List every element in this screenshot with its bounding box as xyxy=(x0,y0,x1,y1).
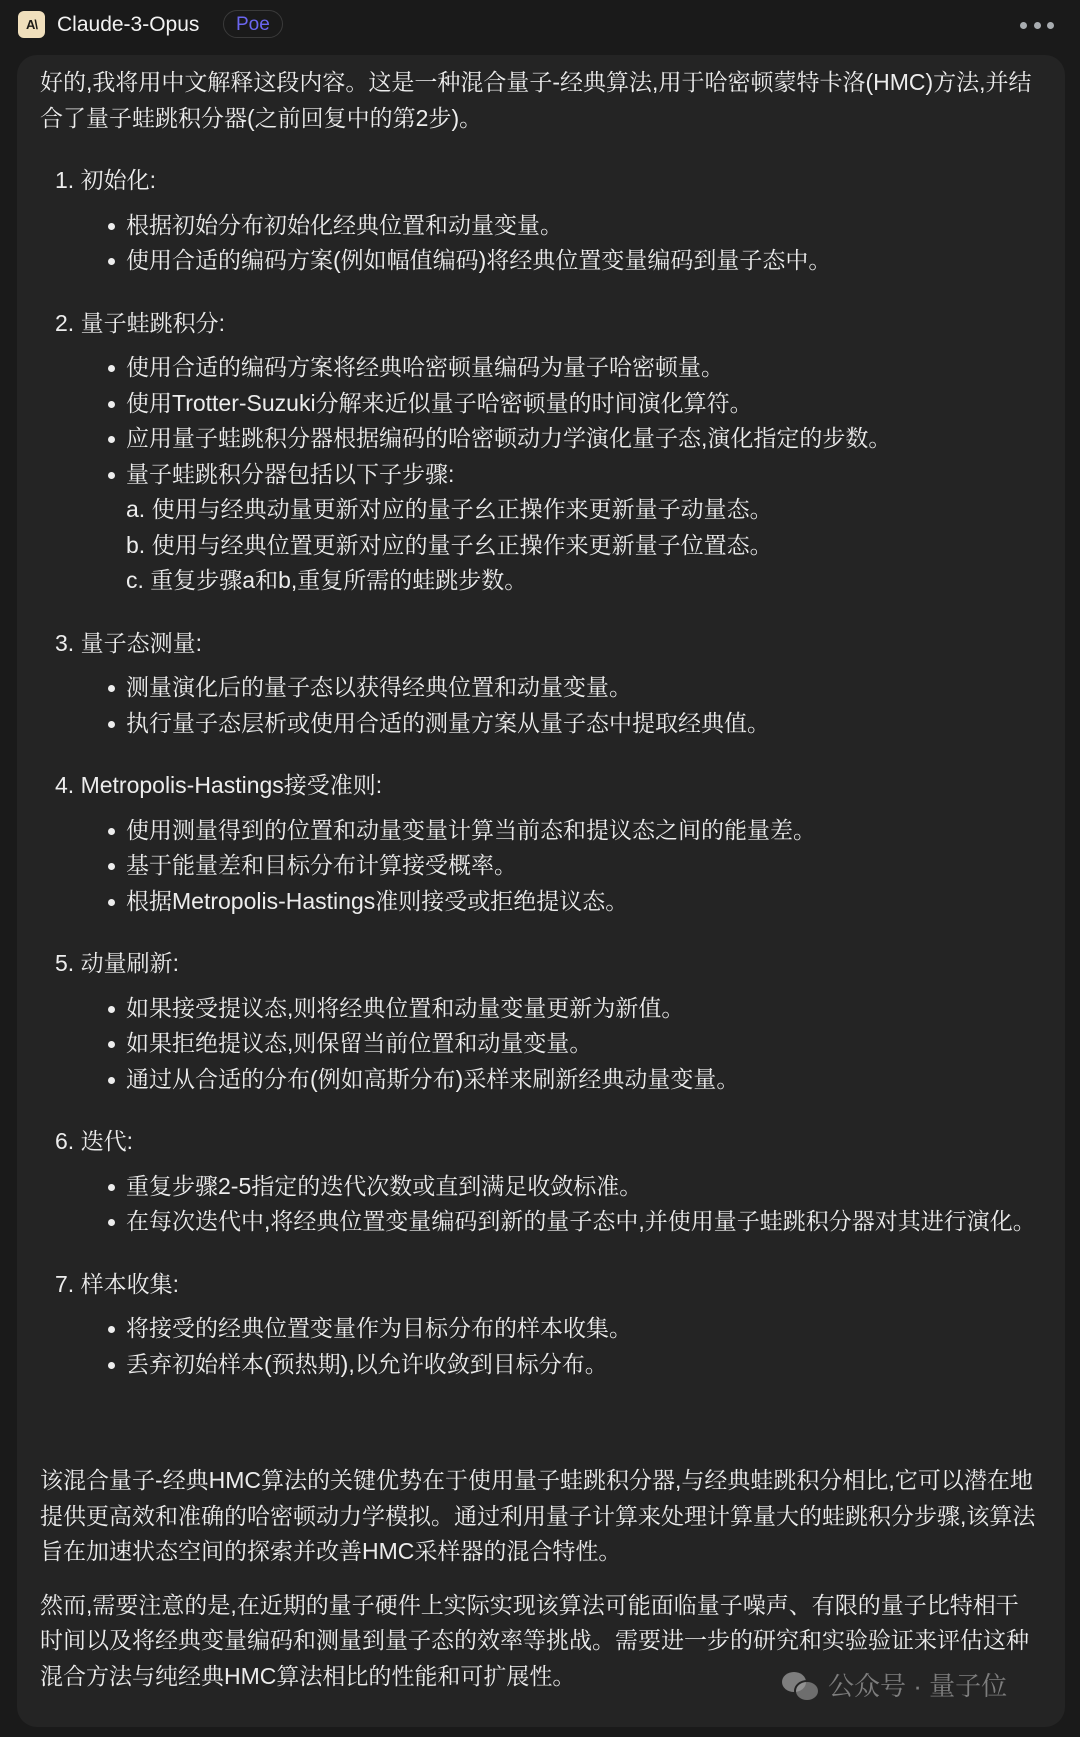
more-horizontal-icon xyxy=(1020,22,1027,29)
step-section: 1. 初始化:根据初始分布初始化经典位置和动量变量。使用合适的编码方案(例如幅值… xyxy=(40,163,1040,279)
list-item-text: 如果接受提议态,则将经典位置和动量变量更新为新值。 xyxy=(126,995,684,1021)
list-item-text: 丢弃初始样本(预热期),以允许收敛到目标分布。 xyxy=(126,1351,608,1377)
list-item: 量子蛙跳积分器包括以下子步骤: xyxy=(40,457,1040,493)
list-item-text: 使用测量得到的位置和动量变量计算当前态和提议态之间的能量差。 xyxy=(126,817,816,843)
bullet-icon xyxy=(108,472,115,479)
step-title: 4. Metropolis-Hastings接受准则: xyxy=(40,768,1040,804)
list-item-text: 执行量子态层析或使用合适的测量方案从量子态中提取经典值。 xyxy=(126,710,770,736)
bullet-list: 重复步骤2-5指定的迭代次数或直到满足收敛标准。在每次迭代中,将经典位置变量编码… xyxy=(40,1169,1040,1240)
list-item-text: 重复步骤2-5指定的迭代次数或直到满足收敛标准。 xyxy=(126,1173,642,1199)
more-options-button[interactable] xyxy=(1020,16,1054,34)
bullet-icon xyxy=(108,223,115,230)
list-item: 在每次迭代中,将经典位置变量编码到新的量子态中,并使用量子蛙跳积分器对其进行演化… xyxy=(40,1204,1040,1240)
list-item-text: 基于能量差和目标分布计算接受概率。 xyxy=(126,852,517,878)
list-item-text: 如果拒绝提议态,则保留当前位置和动量变量。 xyxy=(126,1030,592,1056)
list-item-text: 测量演化后的量子态以获得经典位置和动量变量。 xyxy=(126,674,632,700)
intro-paragraph: 好的,我将用中文解释这段内容。这是一种混合量子-经典算法,用于哈密顿蒙特卡洛(H… xyxy=(40,65,1040,136)
bot-name[interactable]: Claude-3-Opus xyxy=(57,11,199,38)
chat-header: A\ Claude-3-Opus Poe xyxy=(0,0,1080,50)
bullet-icon xyxy=(108,685,115,692)
wechat-icon xyxy=(782,1670,818,1700)
bullet-icon xyxy=(108,1326,115,1333)
bullet-icon xyxy=(108,899,115,906)
substep-item: c. 重复步骤a和b,重复所需的蛙跳步数。 xyxy=(40,563,1040,599)
list-item: 如果接受提议态,则将经典位置和动量变量更新为新值。 xyxy=(40,991,1040,1027)
watermark: 公众号 · 量子位 xyxy=(782,1666,1007,1703)
step-section: 4. Metropolis-Hastings接受准则:使用测量得到的位置和动量变… xyxy=(40,768,1040,919)
list-item: 丢弃初始样本(预热期),以允许收敛到目标分布。 xyxy=(40,1347,1040,1383)
list-item-text: 应用量子蛙跳积分器根据编码的哈密顿动力学演化量子态,演化指定的步数。 xyxy=(126,425,891,451)
list-item-text: 使用合适的编码方案(例如幅值编码)将经典位置变量编码到量子态中。 xyxy=(126,247,831,273)
list-item-text: 量子蛙跳积分器包括以下子步骤: xyxy=(126,461,454,487)
list-item: 使用测量得到的位置和动量变量计算当前态和提议态之间的能量差。 xyxy=(40,813,1040,849)
bullet-icon xyxy=(108,1362,115,1369)
bullet-icon xyxy=(108,258,115,265)
bullet-list: 如果接受提议态,则将经典位置和动量变量更新为新值。如果拒绝提议态,则保留当前位置… xyxy=(40,991,1040,1098)
substep-item: a. 使用与经典动量更新对应的量子幺正操作来更新量子动量态。 xyxy=(40,492,1040,528)
bullet-icon xyxy=(108,365,115,372)
step-section: 3. 量子态测量:测量演化后的量子态以获得经典位置和动量变量。执行量子态层析或使… xyxy=(40,626,1040,742)
watermark-text: 公众号 · 量子位 xyxy=(828,1666,1007,1703)
step-section: 2. 量子蛙跳积分:使用合适的编码方案将经典哈密顿量编码为量子哈密顿量。使用Tr… xyxy=(40,306,1040,599)
bullet-list: 测量演化后的量子态以获得经典位置和动量变量。执行量子态层析或使用合适的测量方案从… xyxy=(40,670,1040,741)
list-item-text: 通过从合适的分布(例如高斯分布)采样来刷新经典动量变量。 xyxy=(126,1066,739,1092)
list-item: 执行量子态层析或使用合适的测量方案从量子态中提取经典值。 xyxy=(40,706,1040,742)
bullet-icon xyxy=(108,1077,115,1084)
list-item: 根据初始分布初始化经典位置和动量变量。 xyxy=(40,208,1040,244)
list-item: 基于能量差和目标分布计算接受概率。 xyxy=(40,848,1040,884)
list-item: 使用合适的编码方案(例如幅值编码)将经典位置变量编码到量子态中。 xyxy=(40,243,1040,279)
list-item: 使用Trotter-Suzuki分解来近似量子哈密顿量的时间演化算符。 xyxy=(40,386,1040,422)
list-item-text: 根据Metropolis-Hastings准则接受或拒绝提议态。 xyxy=(126,888,628,914)
more-horizontal-icon xyxy=(1034,22,1041,29)
bullet-list: 根据初始分布初始化经典位置和动量变量。使用合适的编码方案(例如幅值编码)将经典位… xyxy=(40,208,1040,279)
list-item-text: 根据初始分布初始化经典位置和动量变量。 xyxy=(126,212,563,238)
message-content: 好的,我将用中文解释这段内容。这是一种混合量子-经典算法,用于哈密顿蒙特卡洛(H… xyxy=(40,65,1040,1712)
step-section: 5. 动量刷新:如果接受提议态,则将经典位置和动量变量更新为新值。如果拒绝提议态… xyxy=(40,946,1040,1097)
bullet-icon xyxy=(108,721,115,728)
bullet-list: 将接受的经典位置变量作为目标分布的样本收集。丢弃初始样本(预热期),以允许收敛到… xyxy=(40,1311,1040,1382)
list-item: 通过从合适的分布(例如高斯分布)采样来刷新经典动量变量。 xyxy=(40,1062,1040,1098)
list-item: 使用合适的编码方案将经典哈密顿量编码为量子哈密顿量。 xyxy=(40,350,1040,386)
steps-list: 1. 初始化:根据初始分布初始化经典位置和动量变量。使用合适的编码方案(例如幅值… xyxy=(40,163,1040,1382)
step-section: 6. 迭代:重复步骤2-5指定的迭代次数或直到满足收敛标准。在每次迭代中,将经典… xyxy=(40,1124,1040,1240)
bullet-icon xyxy=(108,401,115,408)
poe-badge: Poe xyxy=(223,10,283,38)
list-item-text: 使用合适的编码方案将经典哈密顿量编码为量子哈密顿量。 xyxy=(126,354,724,380)
bullet-list: 使用测量得到的位置和动量变量计算当前态和提议态之间的能量差。基于能量差和目标分布… xyxy=(40,813,1040,920)
bullet-list: 使用合适的编码方案将经典哈密顿量编码为量子哈密顿量。使用Trotter-Suzu… xyxy=(40,350,1040,492)
step-title: 7. 样本收集: xyxy=(40,1267,1040,1303)
step-title: 5. 动量刷新: xyxy=(40,946,1040,982)
step-title: 2. 量子蛙跳积分: xyxy=(40,306,1040,342)
step-title: 1. 初始化: xyxy=(40,163,1040,199)
bullet-icon xyxy=(108,1184,115,1191)
substep-item: b. 使用与经典位置更新对应的量子幺正操作来更新量子位置态。 xyxy=(40,528,1040,564)
bullet-icon xyxy=(108,828,115,835)
conclusion-paragraph: 该混合量子-经典HMC算法的关键优势在于使用量子蛙跳积分器,与经典蛙跳积分相比,… xyxy=(40,1463,1040,1570)
list-item-text: 在每次迭代中,将经典位置变量编码到新的量子态中,并使用量子蛙跳积分器对其进行演化… xyxy=(126,1208,1036,1234)
list-item-text: 使用Trotter-Suzuki分解来近似量子哈密顿量的时间演化算符。 xyxy=(126,390,753,416)
bullet-icon xyxy=(108,436,115,443)
list-item-text: 将接受的经典位置变量作为目标分布的样本收集。 xyxy=(126,1315,632,1341)
list-item: 将接受的经典位置变量作为目标分布的样本收集。 xyxy=(40,1311,1040,1347)
list-item: 测量演化后的量子态以获得经典位置和动量变量。 xyxy=(40,670,1040,706)
bullet-icon xyxy=(108,1006,115,1013)
bullet-icon xyxy=(108,1219,115,1226)
bullet-icon xyxy=(108,863,115,870)
list-item: 根据Metropolis-Hastings准则接受或拒绝提议态。 xyxy=(40,884,1040,920)
step-title: 6. 迭代: xyxy=(40,1124,1040,1160)
list-item: 如果拒绝提议态,则保留当前位置和动量变量。 xyxy=(40,1026,1040,1062)
more-horizontal-icon xyxy=(1047,22,1054,29)
list-item: 重复步骤2-5指定的迭代次数或直到满足收敛标准。 xyxy=(40,1169,1040,1205)
step-title: 3. 量子态测量: xyxy=(40,626,1040,662)
bullet-icon xyxy=(108,1041,115,1048)
list-item: 应用量子蛙跳积分器根据编码的哈密顿动力学演化量子态,演化指定的步数。 xyxy=(40,421,1040,457)
step-section: 7. 样本收集:将接受的经典位置变量作为目标分布的样本收集。丢弃初始样本(预热期… xyxy=(40,1267,1040,1383)
bot-avatar-icon[interactable]: A\ xyxy=(18,11,45,38)
